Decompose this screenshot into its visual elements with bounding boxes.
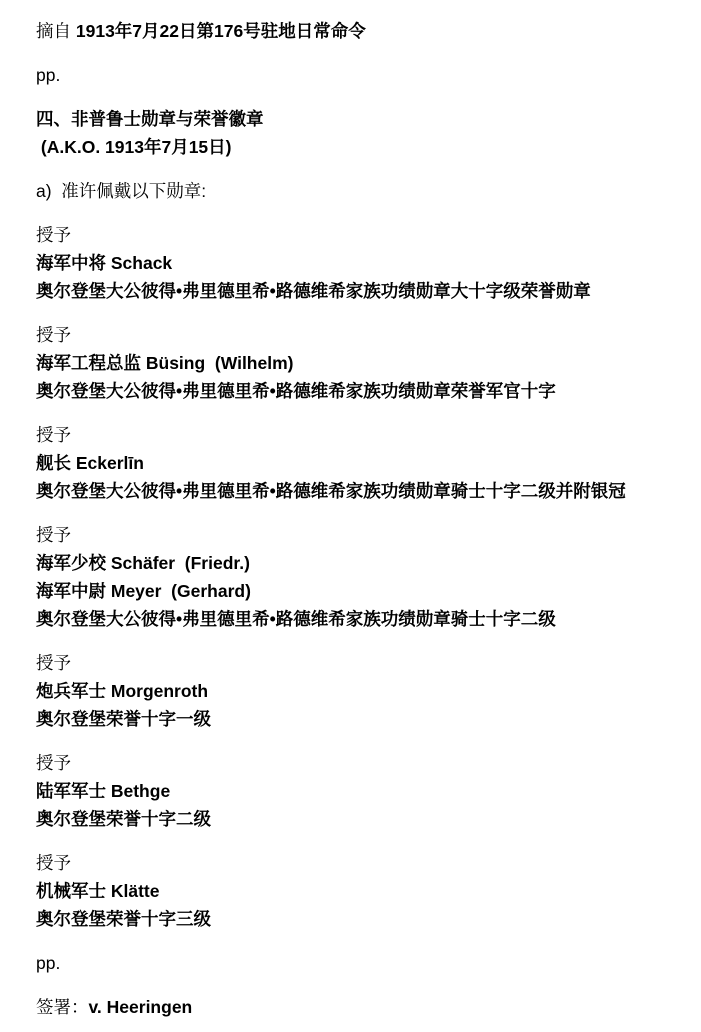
decoration-line: 奥尔登堡荣誉十字二级 — [36, 805, 681, 833]
signature-label: 签署： — [36, 997, 89, 1017]
decoration-line: 奥尔登堡大公彼得•弗里德里希•路德维希家族功绩勋章骑士十字二级 — [36, 605, 681, 633]
award-label: 授予 — [36, 321, 681, 349]
recipient-line: 海军中将 Schack — [36, 249, 681, 277]
section-heading-block: 四、非普鲁士勋章与荣誉徽章 (A.K.O. 1913年7月15日) — [36, 105, 681, 161]
document-page: 摘自 1913年7月22日第176号驻地日常命令 pp. 四、非普鲁士勋章与荣誉… — [0, 0, 701, 1021]
award-block: 授予 机械军士 Klätte 奥尔登堡荣誉十字三级 — [36, 849, 681, 933]
award-label: 授予 — [36, 521, 681, 549]
decoration-line: 奥尔登堡大公彼得•弗里德里希•路德维希家族功绩勋章荣誉军官十字 — [36, 377, 681, 405]
recipient-line: 海军工程总监 Büsing (Wilhelm) — [36, 349, 681, 377]
award-block: 授予 海军中将 Schack 奥尔登堡大公彼得•弗里德里希•路德维希家族功绩勋章… — [36, 221, 681, 305]
pp-marker-top: pp. — [36, 61, 681, 89]
decoration-line: 奥尔登堡大公彼得•弗里德里希•路德维希家族功绩勋章大十字级荣誉勋章 — [36, 277, 681, 305]
recipient-line: 陆军军士 Bethge — [36, 777, 681, 805]
award-label: 授予 — [36, 421, 681, 449]
section-subheading: (A.K.O. 1913年7月15日) — [36, 133, 681, 161]
section-heading: 四、非普鲁士勋章与荣誉徽章 — [36, 105, 681, 133]
award-label: 授予 — [36, 221, 681, 249]
recipient-line: 舰长 Eckerlīn — [36, 449, 681, 477]
award-block: 授予 舰长 Eckerlīn 奥尔登堡大公彼得•弗里德里希•路德维希家族功绩勋章… — [36, 421, 681, 505]
award-block: 授予 陆军军士 Bethge 奥尔登堡荣誉十字二级 — [36, 749, 681, 833]
pp-marker-bottom: pp. — [36, 949, 681, 977]
award-label: 授予 — [36, 749, 681, 777]
decoration-line: 奥尔登堡荣誉十字三级 — [36, 905, 681, 933]
signature-line: 签署：v. Heeringen — [36, 993, 681, 1021]
decoration-line: 奥尔登堡荣誉十字一级 — [36, 705, 681, 733]
recipient-line: 海军中尉 Meyer (Gerhard) — [36, 577, 681, 605]
recipient-line: 炮兵军士 Morgenroth — [36, 677, 681, 705]
list-intro: a) 准许佩戴以下勋章: — [36, 177, 681, 205]
signature-name: v. Heeringen — [89, 997, 193, 1017]
source-line: 摘自 1913年7月22日第176号驻地日常命令 — [36, 17, 681, 45]
source-title: 1913年7月22日第176号驻地日常命令 — [76, 21, 366, 41]
recipient-line: 海军少校 Schäfer (Friedr.) — [36, 549, 681, 577]
source-prefix: 摘自 — [36, 21, 76, 41]
award-block: 授予 炮兵军士 Morgenroth 奥尔登堡荣誉十字一级 — [36, 649, 681, 733]
award-label: 授予 — [36, 649, 681, 677]
award-block: 授予 海军工程总监 Büsing (Wilhelm) 奥尔登堡大公彼得•弗里德里… — [36, 321, 681, 405]
recipient-line: 机械军士 Klätte — [36, 877, 681, 905]
decoration-line: 奥尔登堡大公彼得•弗里德里希•路德维希家族功绩勋章骑士十字二级并附银冠 — [36, 477, 681, 505]
award-block: 授予 海军少校 Schäfer (Friedr.) 海军中尉 Meyer (Ge… — [36, 521, 681, 633]
award-label: 授予 — [36, 849, 681, 877]
